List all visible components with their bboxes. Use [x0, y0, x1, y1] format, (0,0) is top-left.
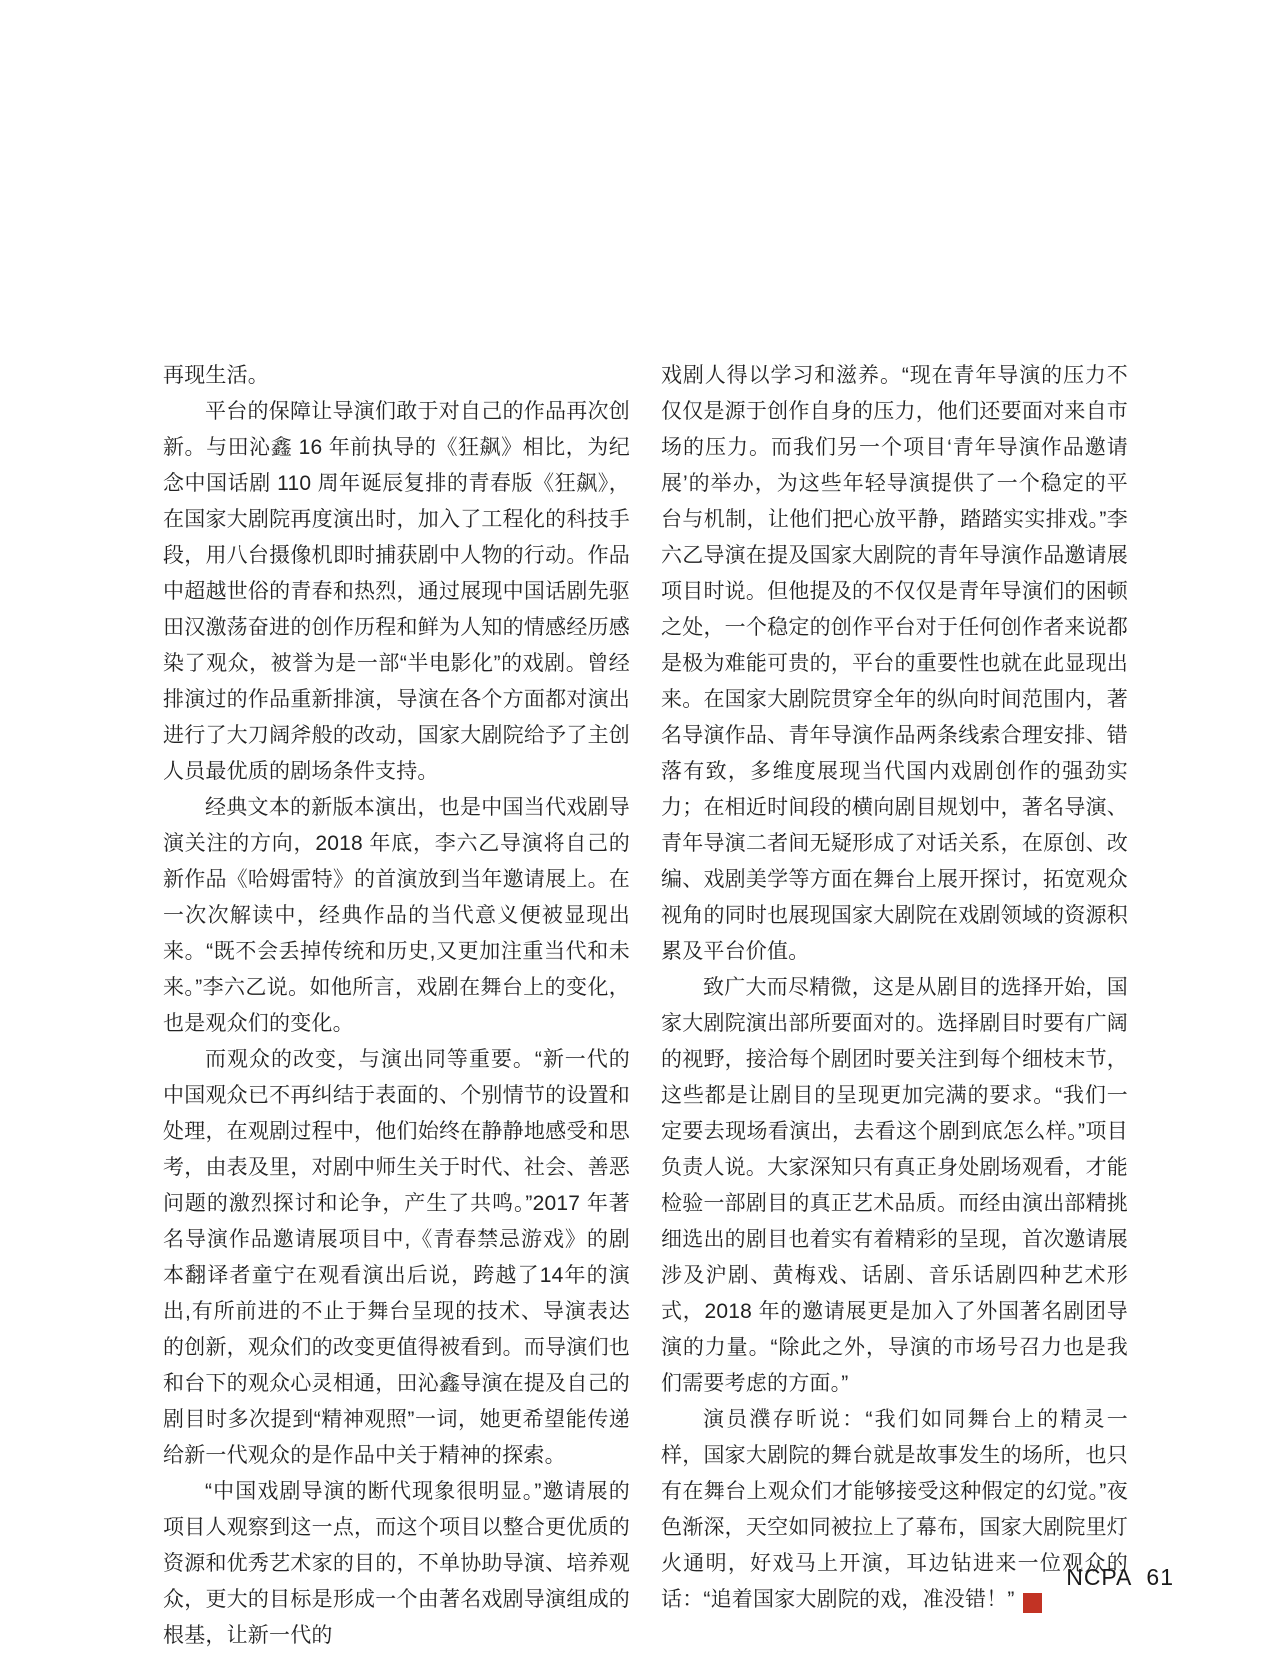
- paragraph: 经典文本的新版本演出，也是中国当代戏剧导演关注的方向，2018 年底，李六乙导演…: [163, 790, 630, 1042]
- ncpa-seal-logo: NCPA: [1023, 1593, 1042, 1613]
- article-body: 再现生活。 平台的保障让导演们敢于对自己的作品再次创新。与田沁鑫 16 年前执导…: [163, 358, 1128, 1654]
- paragraph: 平台的保障让导演们敢于对自己的作品再次创新。与田沁鑫 16 年前执导的《狂飙》相…: [163, 394, 630, 790]
- magazine-page: { "article": { "left": [ { "text": "再现生活…: [0, 0, 1270, 1654]
- paragraph-text: 演员濮存昕说：“我们如同舞台上的精灵一样，国家大剧院的舞台就是故事发生的场所，也…: [661, 1408, 1128, 1611]
- paragraph: “中国戏剧导演的断代现象很明显。”邀请展的项目人观察到这一点，而这个项目以整合更…: [163, 1474, 630, 1654]
- right-column: 戏剧人得以学习和滋养。“现在青年导演的压力不仅仅是源于创作自身的压力，他们还要面…: [661, 358, 1128, 1654]
- paragraph: 致广大而尽精微，这是从剧目的选择开始，国家大剧院演出部所要面对的。选择剧目时要有…: [661, 970, 1128, 1402]
- page-footer: NCPA61: [1066, 1564, 1174, 1591]
- paragraph: 戏剧人得以学习和滋养。“现在青年导演的压力不仅仅是源于创作自身的压力，他们还要面…: [661, 358, 1128, 970]
- ncpa-seal-top-text: NC: [1023, 1593, 1042, 1602]
- paragraph: 再现生活。: [163, 358, 630, 394]
- ncpa-seal-bottom-text: PA: [1023, 1602, 1042, 1611]
- left-column: 再现生活。 平台的保障让导演们敢于对自己的作品再次创新。与田沁鑫 16 年前执导…: [163, 358, 630, 1654]
- footer-page-number: 61: [1146, 1564, 1174, 1590]
- paragraph: 而观众的改变，与演出同等重要。“新一代的中国观众已不再纠结于表面的、个别情节的设…: [163, 1042, 630, 1474]
- footer-brand: NCPA: [1066, 1564, 1132, 1590]
- paragraph: 演员濮存昕说：“我们如同舞台上的精灵一样，国家大剧院的舞台就是故事发生的场所，也…: [661, 1402, 1128, 1618]
